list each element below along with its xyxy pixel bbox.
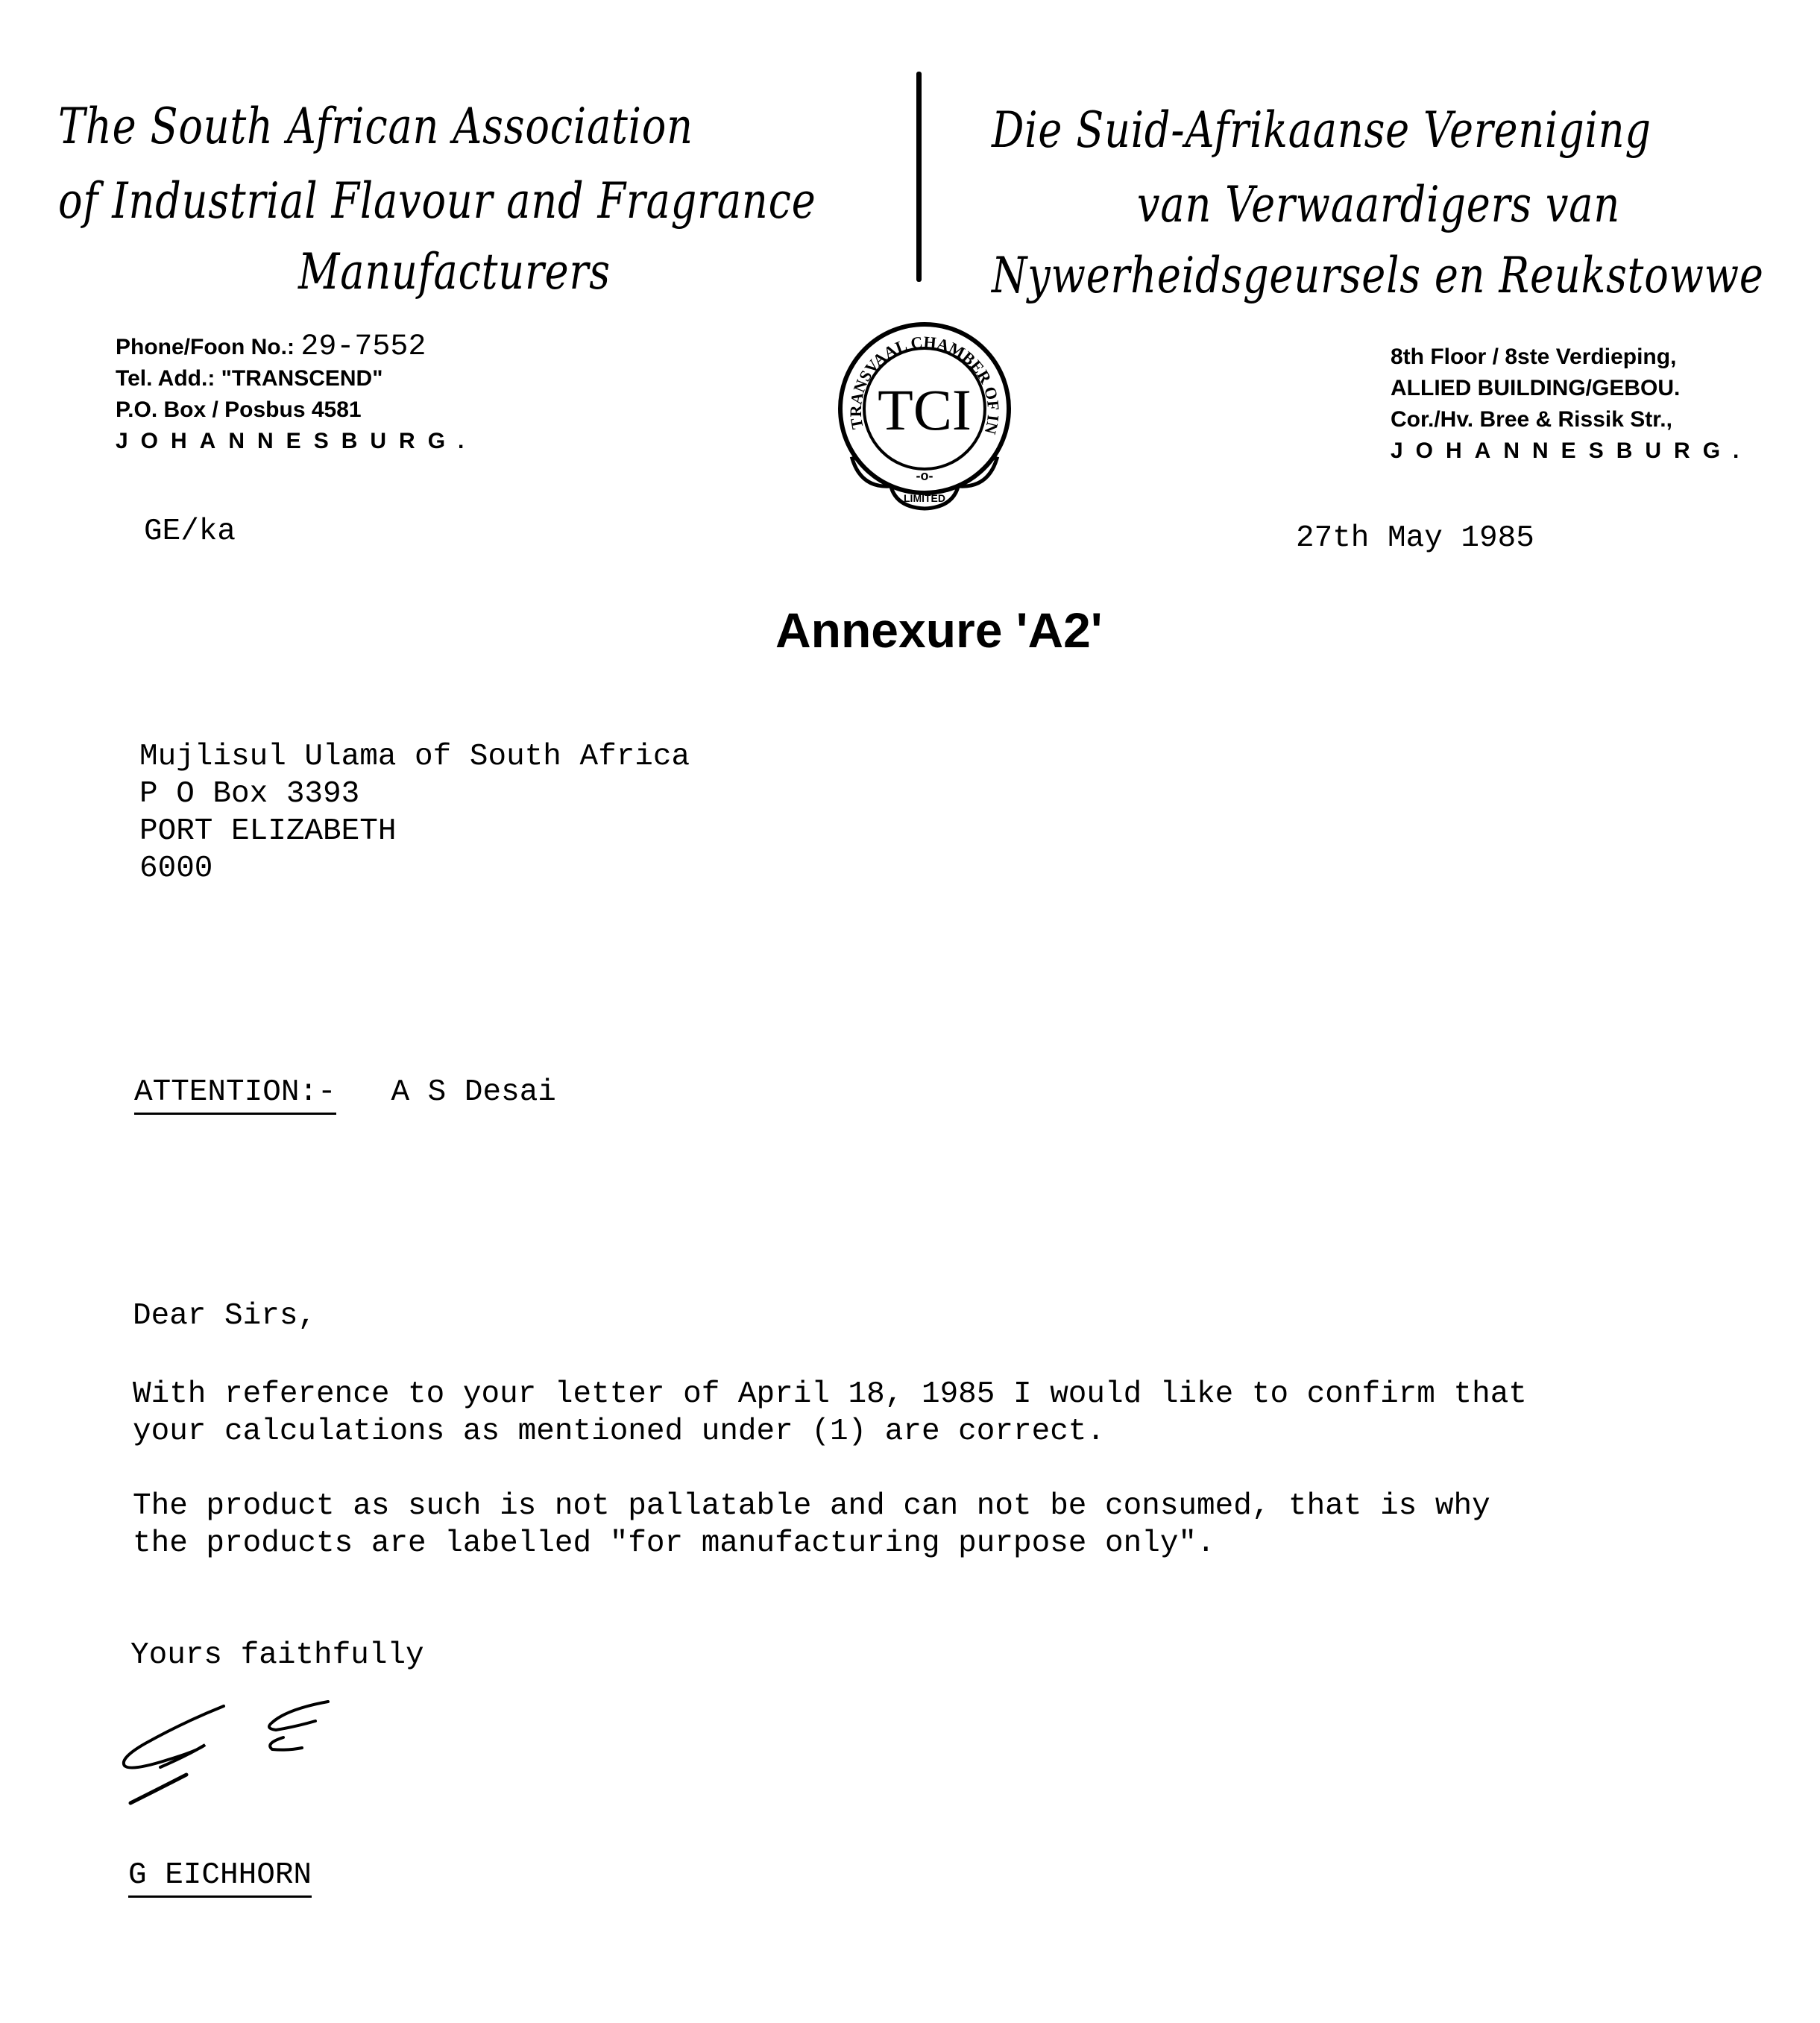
- phone-label: Phone/Foon No.:: [116, 335, 295, 359]
- attention-line: ATTENTION:- A S Desai: [134, 1074, 556, 1111]
- phone-line: Phone/Foon No.: 29-7552: [116, 332, 476, 363]
- letterhead-english-line-1: The South African Association: [58, 89, 693, 164]
- reference: GE/ka: [144, 513, 236, 550]
- signature: [116, 1700, 369, 1812]
- letterhead-afrikaans-line-1: Die Suid-Afrikaanse Vereniging: [992, 93, 1651, 168]
- signature-icon: [116, 1700, 369, 1812]
- signatory-line: G EICHHORN: [128, 1857, 312, 1894]
- corner-line: Cor./Hv. Bree & Rissik Str.,: [1391, 404, 1751, 435]
- recipient-line: P O Box 3393: [139, 775, 690, 813]
- svg-text:LIMITED: LIMITED: [904, 492, 945, 504]
- salutation: Dear Sirs,: [133, 1297, 316, 1335]
- body-paragraph-1: With reference to your letter of April 1…: [133, 1376, 1527, 1450]
- floor-line: 8th Floor / 8ste Verdieping,: [1391, 342, 1751, 373]
- svg-text:-o-: -o-: [916, 468, 933, 483]
- tci-seal: TRANSVAAL CHAMBER OF INDUSTRIES TCI -o- …: [831, 321, 1018, 516]
- telegraph-address: Tel. Add.: "TRANSCEND": [116, 363, 476, 394]
- building-line: ALLIED BUILDING/GEBOU.: [1391, 373, 1751, 404]
- closing: Yours faithfully: [130, 1637, 424, 1674]
- letterhead-english-line-2: of Industrial Flavour and Fragrance: [58, 164, 816, 239]
- attention-label: ATTENTION:-: [134, 1075, 336, 1115]
- left-city: JOHANNESBURG.: [116, 426, 476, 457]
- attention-name: A S Desai: [391, 1075, 555, 1110]
- letterhead-english-line-3: Manufacturers: [298, 235, 611, 309]
- letter-date: 27th May 1985: [1296, 520, 1534, 557]
- signatory-name: G EICHHORN: [128, 1858, 312, 1898]
- recipient-address: Mujlisul Ulama of South Africa P O Box 3…: [139, 738, 690, 887]
- body-paragraph-2: The product as such is not pallatable an…: [133, 1488, 1490, 1562]
- recipient-line: Mujlisul Ulama of South Africa: [139, 738, 690, 775]
- left-contact-block: Phone/Foon No.: 29-7552 Tel. Add.: "TRAN…: [116, 332, 476, 457]
- letterhead-afrikaans-line-3: Nywerheidsgeursels en Reukstowwe: [992, 239, 1764, 313]
- recipient-line: PORT ELIZABETH: [139, 813, 690, 850]
- document-title: Annexure 'A2': [775, 600, 1103, 660]
- po-box: P.O. Box / Posbus 4581: [116, 394, 476, 426]
- seal-monogram: TCI: [878, 377, 972, 442]
- phone-number: 29-7552: [300, 330, 426, 364]
- letterhead-afrikaans-line-2: van Verwaardigers van: [1137, 168, 1620, 242]
- right-city: JOHANNESBURG.: [1391, 435, 1751, 467]
- tci-seal-icon: TRANSVAAL CHAMBER OF INDUSTRIES TCI -o- …: [831, 321, 1018, 516]
- recipient-line: 6000: [139, 850, 690, 887]
- right-contact-block: 8th Floor / 8ste Verdieping, ALLIED BUIL…: [1391, 342, 1751, 467]
- letterhead-divider: [916, 72, 922, 282]
